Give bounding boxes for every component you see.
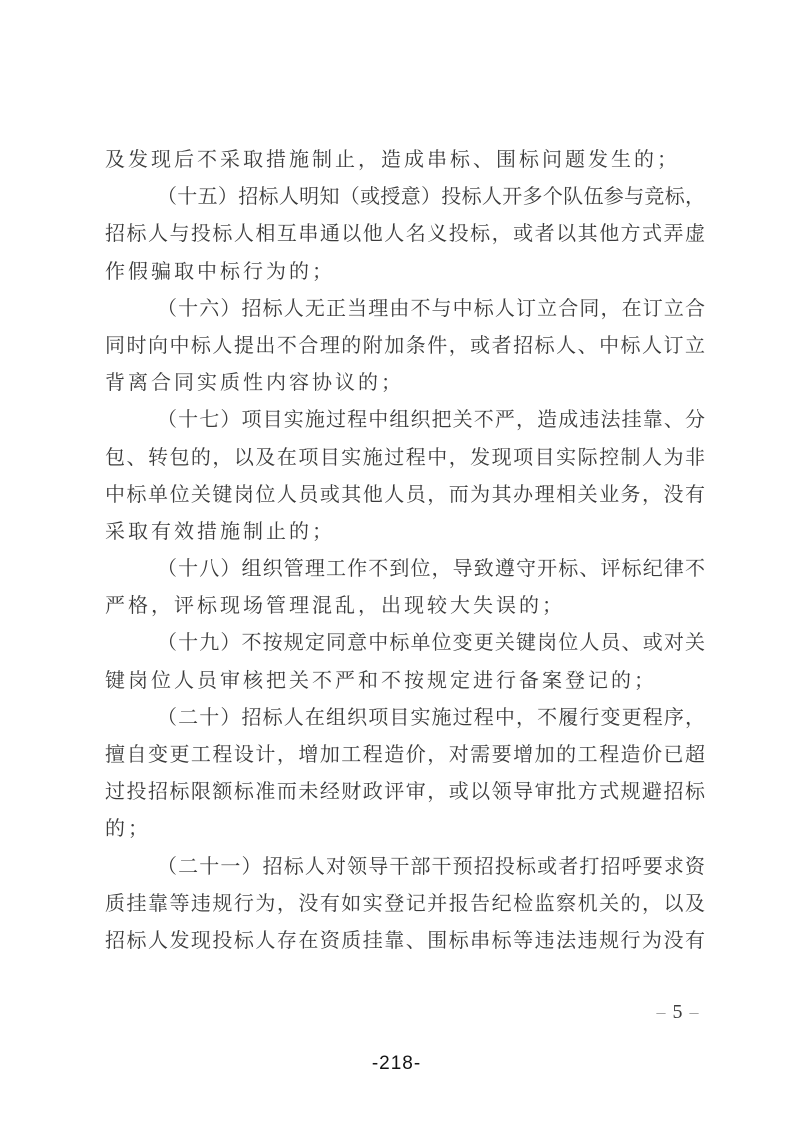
- page-number-value: 5: [673, 1001, 683, 1023]
- text-line: （十七）项目实施过程中组织把关不严，造成违法挂靠、分: [105, 402, 705, 439]
- item-18: （十八）组织管理工作不到位，导致遵守开标、评标纪律不严格，评标现场管理混乱，出现…: [105, 551, 705, 625]
- text-line: 过投招标限额标准而未经财政评审，或以领导审批方式规避招标: [105, 774, 705, 811]
- text-line: 背离合同实质性内容协议的；: [105, 365, 705, 402]
- text-line: 的；: [105, 811, 705, 848]
- text-line: 包、转包的，以及在项目实施过程中，发现项目实际控制人为非: [105, 440, 705, 477]
- text-line: （十八）组织管理工作不到位，导致遵守开标、评标纪律不: [105, 551, 705, 588]
- item-15: （十五）招标人明知（或授意）投标人开多个队伍参与竞标，招标人与投标人相互串通以他…: [105, 179, 705, 291]
- document-page: 及发现后不采取措施制止，造成串标、围标问题发生的；（十五）招标人明知（或授意）投…: [0, 0, 793, 1122]
- page-number-right-dash: –: [683, 1002, 706, 1022]
- document-body: 及发现后不采取措施制止，造成串标、围标问题发生的；（十五）招标人明知（或授意）投…: [105, 142, 705, 960]
- item-16: （十六）招标人无正当理由不与中标人订立合同，在订立合同时向中标人提出不合理的附加…: [105, 291, 705, 403]
- item-21: （二十一）招标人对领导干部干预招投标或者打招呼要求资质挂靠等违规行为，没有如实登…: [105, 849, 705, 961]
- page-number-left-dash: –: [650, 1002, 673, 1022]
- text-line: 擅自变更工程设计，增加工程造价，对需要增加的工程造价已超: [105, 737, 705, 774]
- text-line: 作假骗取中标行为的；: [105, 254, 705, 291]
- item-19: （十九）不按规定同意中标单位变更关键岗位人员、或对关键岗位人员审核把关不严和不按…: [105, 625, 705, 699]
- text-line: 质挂靠等违规行为，没有如实登记并报告纪检监察机关的，以及: [105, 886, 705, 923]
- continuation-paragraph: 及发现后不采取措施制止，造成串标、围标问题发生的；: [105, 142, 705, 179]
- text-line: （二十）招标人在组织项目实施过程中，不履行变更程序，: [105, 700, 705, 737]
- item-17: （十七）项目实施过程中组织把关不严，造成违法挂靠、分包、转包的，以及在项目实施过…: [105, 402, 705, 551]
- text-line: （十五）招标人明知（或授意）投标人开多个队伍参与竞标，: [105, 179, 705, 216]
- text-line: 严格，评标现场管理混乱，出现较大失误的；: [105, 588, 705, 625]
- volume-page-number: -218-: [0, 1053, 793, 1075]
- text-line: 招标人与投标人相互串通以他人名义投标，或者以其他方式弄虚: [105, 216, 705, 253]
- text-line: （十六）招标人无正当理由不与中标人订立合同，在订立合: [105, 291, 705, 328]
- text-line: 采取有效措施制止的；: [105, 514, 705, 551]
- text-line: 及发现后不采取措施制止，造成串标、围标问题发生的；: [105, 142, 705, 179]
- text-line: （二十一）招标人对领导干部干预招投标或者打招呼要求资: [105, 849, 705, 886]
- item-20: （二十）招标人在组织项目实施过程中，不履行变更程序，擅自变更工程设计，增加工程造…: [105, 700, 705, 849]
- text-line: （十九）不按规定同意中标单位变更关键岗位人员、或对关: [105, 625, 705, 662]
- text-line: 键岗位人员审核把关不严和不按规定进行备案登记的；: [105, 663, 705, 700]
- text-line: 同时向中标人提出不合理的附加条件，或者招标人、中标人订立: [105, 328, 705, 365]
- page-number: –5–: [630, 1000, 725, 1024]
- text-line: 招标人发现投标人存在资质挂靠、围标串标等违法违规行为没有: [105, 923, 705, 960]
- text-line: 中标单位关键岗位人员或其他人员，而为其办理相关业务，没有: [105, 477, 705, 514]
